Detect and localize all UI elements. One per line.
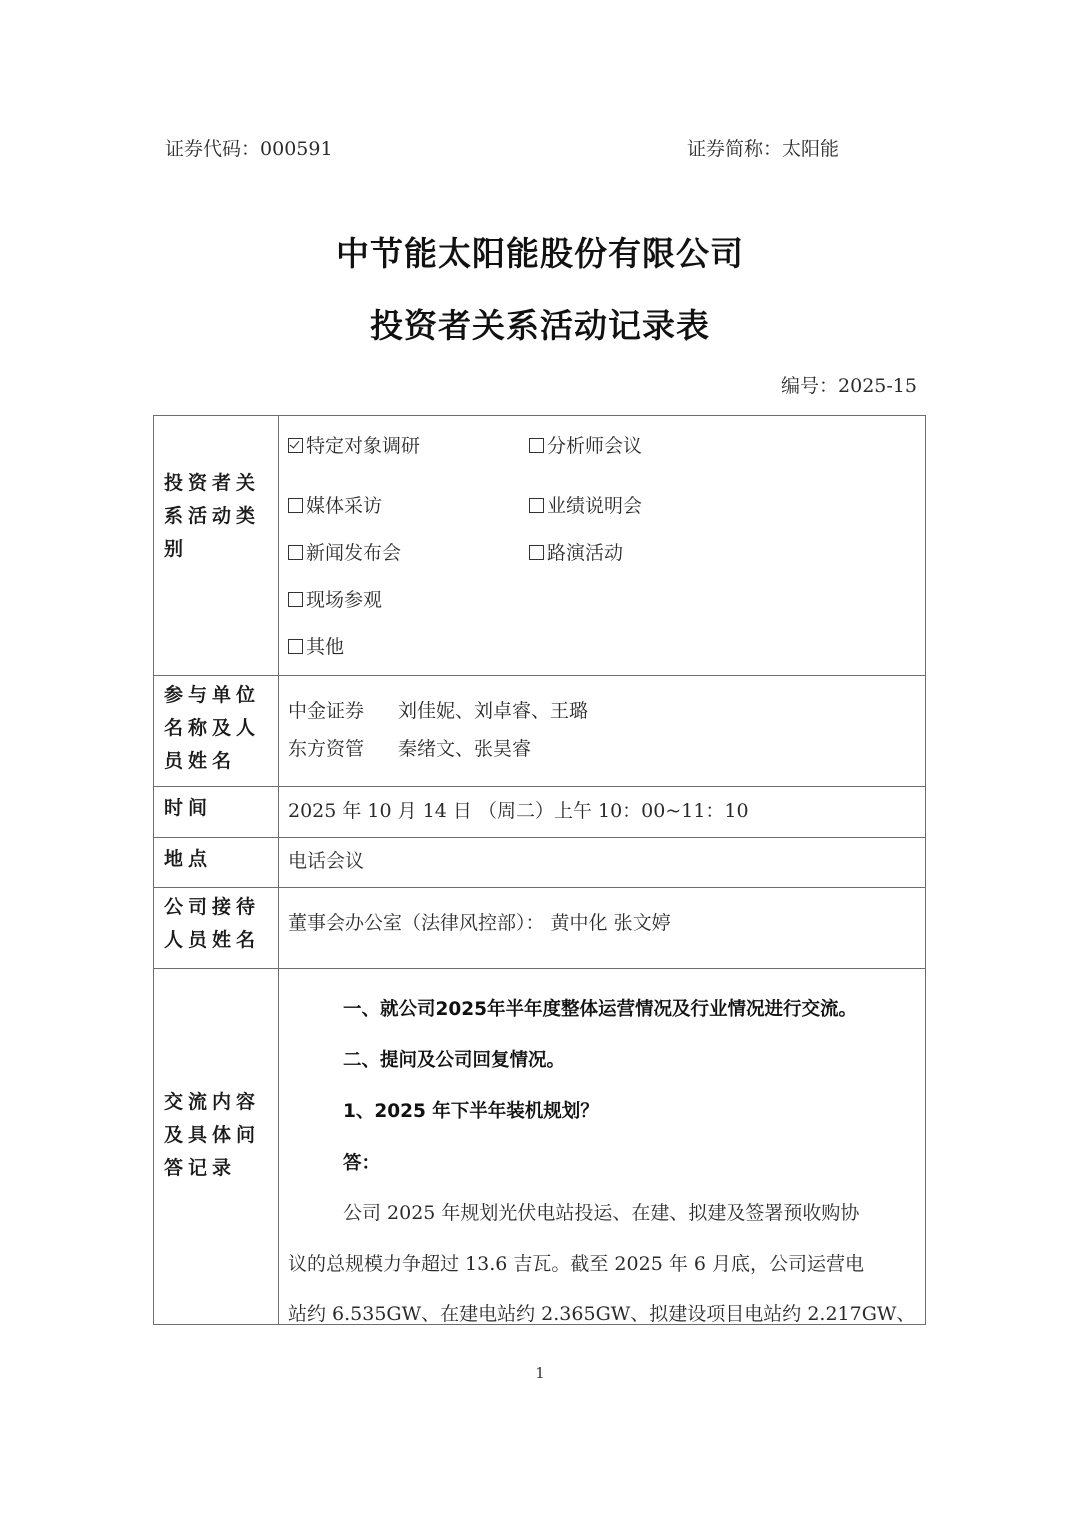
checkbox-label: 分析师会议 — [547, 435, 642, 457]
checkbox-label: 业绩说明会 — [547, 495, 642, 517]
security-name-label: 证券简称： — [687, 138, 782, 160]
checkbox-unchecked-icon[interactable] — [288, 545, 303, 560]
checkbox-checked-icon[interactable] — [288, 438, 303, 453]
hosts-label-cell: 公司接待人员姓名 — [154, 888, 279, 969]
content-label: 交流内容及具体问答记录 — [154, 969, 278, 1185]
location-value-cell: 电话会议 — [279, 838, 926, 888]
checkbox-unchecked-icon[interactable] — [529, 438, 544, 453]
participant-names: 秦绪文、张昊睿 — [398, 738, 531, 760]
time-value-cell: 2025 年 10 月 14 日 （周二）上午 10：00~11：10 — [279, 787, 926, 838]
participant-entry: 中金证券刘佳妮、刘卓睿、王璐 — [288, 696, 588, 723]
document-number: 编号：2025-15 — [781, 371, 917, 398]
hosts-value: 董事会办公室（法律风控部）： 黄中化 张文婷 — [288, 908, 671, 935]
row-content: 交流内容及具体问答记录 一、就公司2025年半年度整体运营情况及行业情况进行交流… — [154, 969, 926, 1325]
checkbox-unchecked-icon[interactable] — [529, 545, 544, 560]
activity-type-label-cell: 投资者关系活动类别 — [154, 416, 279, 676]
document-number-value: 2025-15 — [838, 375, 917, 397]
checkbox-option-specific-research[interactable]: 特定对象调研 — [288, 431, 420, 458]
time-value: 2025 年 10 月 14 日 （周二）上午 10：00~11：10 — [288, 796, 749, 823]
content-value-cell: 一、就公司2025年半年度整体运营情况及行业情况进行交流。 二、提问及公司回复情… — [279, 969, 926, 1325]
content-label-cell: 交流内容及具体问答记录 — [154, 969, 279, 1325]
checkbox-option-earnings-briefing[interactable]: 业绩说明会 — [529, 491, 642, 518]
participant-names: 刘佳妮、刘卓睿、王璐 — [398, 700, 588, 722]
checkbox-unchecked-icon[interactable] — [288, 639, 303, 654]
checkbox-option-analyst-meeting[interactable]: 分析师会议 — [529, 431, 642, 458]
hosts-value-cell: 董事会办公室（法律风控部）： 黄中化 张文婷 — [279, 888, 926, 969]
row-location: 地点 电话会议 — [154, 838, 926, 888]
content-section-2: 二、提问及公司回复情况。 — [343, 1046, 565, 1072]
answer-line: 议的总规模力争超过 13.6 吉瓦。截至 2025 年 6 月底，公司运营电 — [288, 1249, 864, 1276]
activity-type-label: 投资者关系活动类别 — [154, 416, 278, 566]
checkbox-label: 特定对象调研 — [306, 435, 420, 457]
row-time: 时间 2025 年 10 月 14 日 （周二）上午 10：00~11：10 — [154, 787, 926, 838]
time-label-cell: 时间 — [154, 787, 279, 838]
checkbox-label: 现场参观 — [306, 589, 382, 611]
question-1: 1、2025 年下半年装机规划？ — [343, 1097, 599, 1123]
time-label: 时间 — [154, 787, 278, 825]
checkbox-unchecked-icon[interactable] — [529, 498, 544, 513]
location-label: 地点 — [154, 838, 278, 876]
hosts-label: 公司接待人员姓名 — [154, 888, 278, 957]
participant-org: 中金证券 — [288, 700, 364, 722]
participants-value-cell: 中金证券刘佳妮、刘卓睿、王璐 东方资管秦绪文、张昊睿 — [279, 676, 926, 787]
participants-label: 参与单位名称及人员姓名 — [154, 676, 278, 778]
row-activity-type: 投资者关系活动类别 特定对象调研 分析师会议 媒体采访 业绩说明会 新闻发布会 … — [154, 416, 926, 676]
security-code: 证券代码：000591 — [165, 134, 333, 161]
checkbox-option-press-conference[interactable]: 新闻发布会 — [288, 538, 401, 565]
answer-label: 答： — [343, 1149, 380, 1175]
checkbox-label: 新闻发布会 — [306, 542, 401, 564]
row-participants: 参与单位名称及人员姓名 中金证券刘佳妮、刘卓睿、王璐 东方资管秦绪文、张昊睿 — [154, 676, 926, 787]
location-label-cell: 地点 — [154, 838, 279, 888]
activity-record-table: 投资者关系活动类别 特定对象调研 分析师会议 媒体采访 业绩说明会 新闻发布会 … — [153, 415, 926, 1325]
page-number: 1 — [0, 1364, 1080, 1382]
content-section-1: 一、就公司2025年半年度整体运营情况及行业情况进行交流。 — [343, 995, 857, 1021]
participant-org: 东方资管 — [288, 738, 364, 760]
document-number-label: 编号： — [781, 375, 838, 397]
location-value: 电话会议 — [288, 846, 364, 873]
checkbox-option-other[interactable]: 其他 — [288, 632, 344, 659]
checkbox-unchecked-icon[interactable] — [288, 498, 303, 513]
document-title: 投资者关系活动记录表 — [0, 300, 1080, 347]
checkbox-option-roadshow[interactable]: 路演活动 — [529, 538, 623, 565]
checkbox-option-site-visit[interactable]: 现场参观 — [288, 585, 382, 612]
security-code-value: 000591 — [260, 138, 333, 160]
security-code-label: 证券代码： — [165, 138, 260, 160]
checkbox-label: 媒体采访 — [306, 495, 382, 517]
checkbox-label: 其他 — [306, 636, 344, 658]
activity-type-options-cell: 特定对象调研 分析师会议 媒体采访 业绩说明会 新闻发布会 路演活动 现场参观 … — [279, 416, 926, 676]
checkbox-label: 路演活动 — [547, 542, 623, 564]
answer-line: 站约 6.535GW、在建电站约 2.365GW、拟建设项目电站约 2.217G… — [288, 1299, 915, 1326]
participant-entry: 东方资管秦绪文、张昊睿 — [288, 734, 531, 761]
answer-line: 公司 2025 年规划光伏电站投运、在建、拟建及签署预收购协 — [343, 1198, 859, 1225]
checkbox-unchecked-icon[interactable] — [288, 592, 303, 607]
participants-label-cell: 参与单位名称及人员姓名 — [154, 676, 279, 787]
checkbox-option-media-interview[interactable]: 媒体采访 — [288, 491, 382, 518]
security-name-value: 太阳能 — [782, 138, 839, 160]
company-title: 中节能太阳能股份有限公司 — [0, 228, 1080, 275]
security-name: 证券简称：太阳能 — [687, 134, 839, 161]
row-hosts: 公司接待人员姓名 董事会办公室（法律风控部）： 黄中化 张文婷 — [154, 888, 926, 969]
